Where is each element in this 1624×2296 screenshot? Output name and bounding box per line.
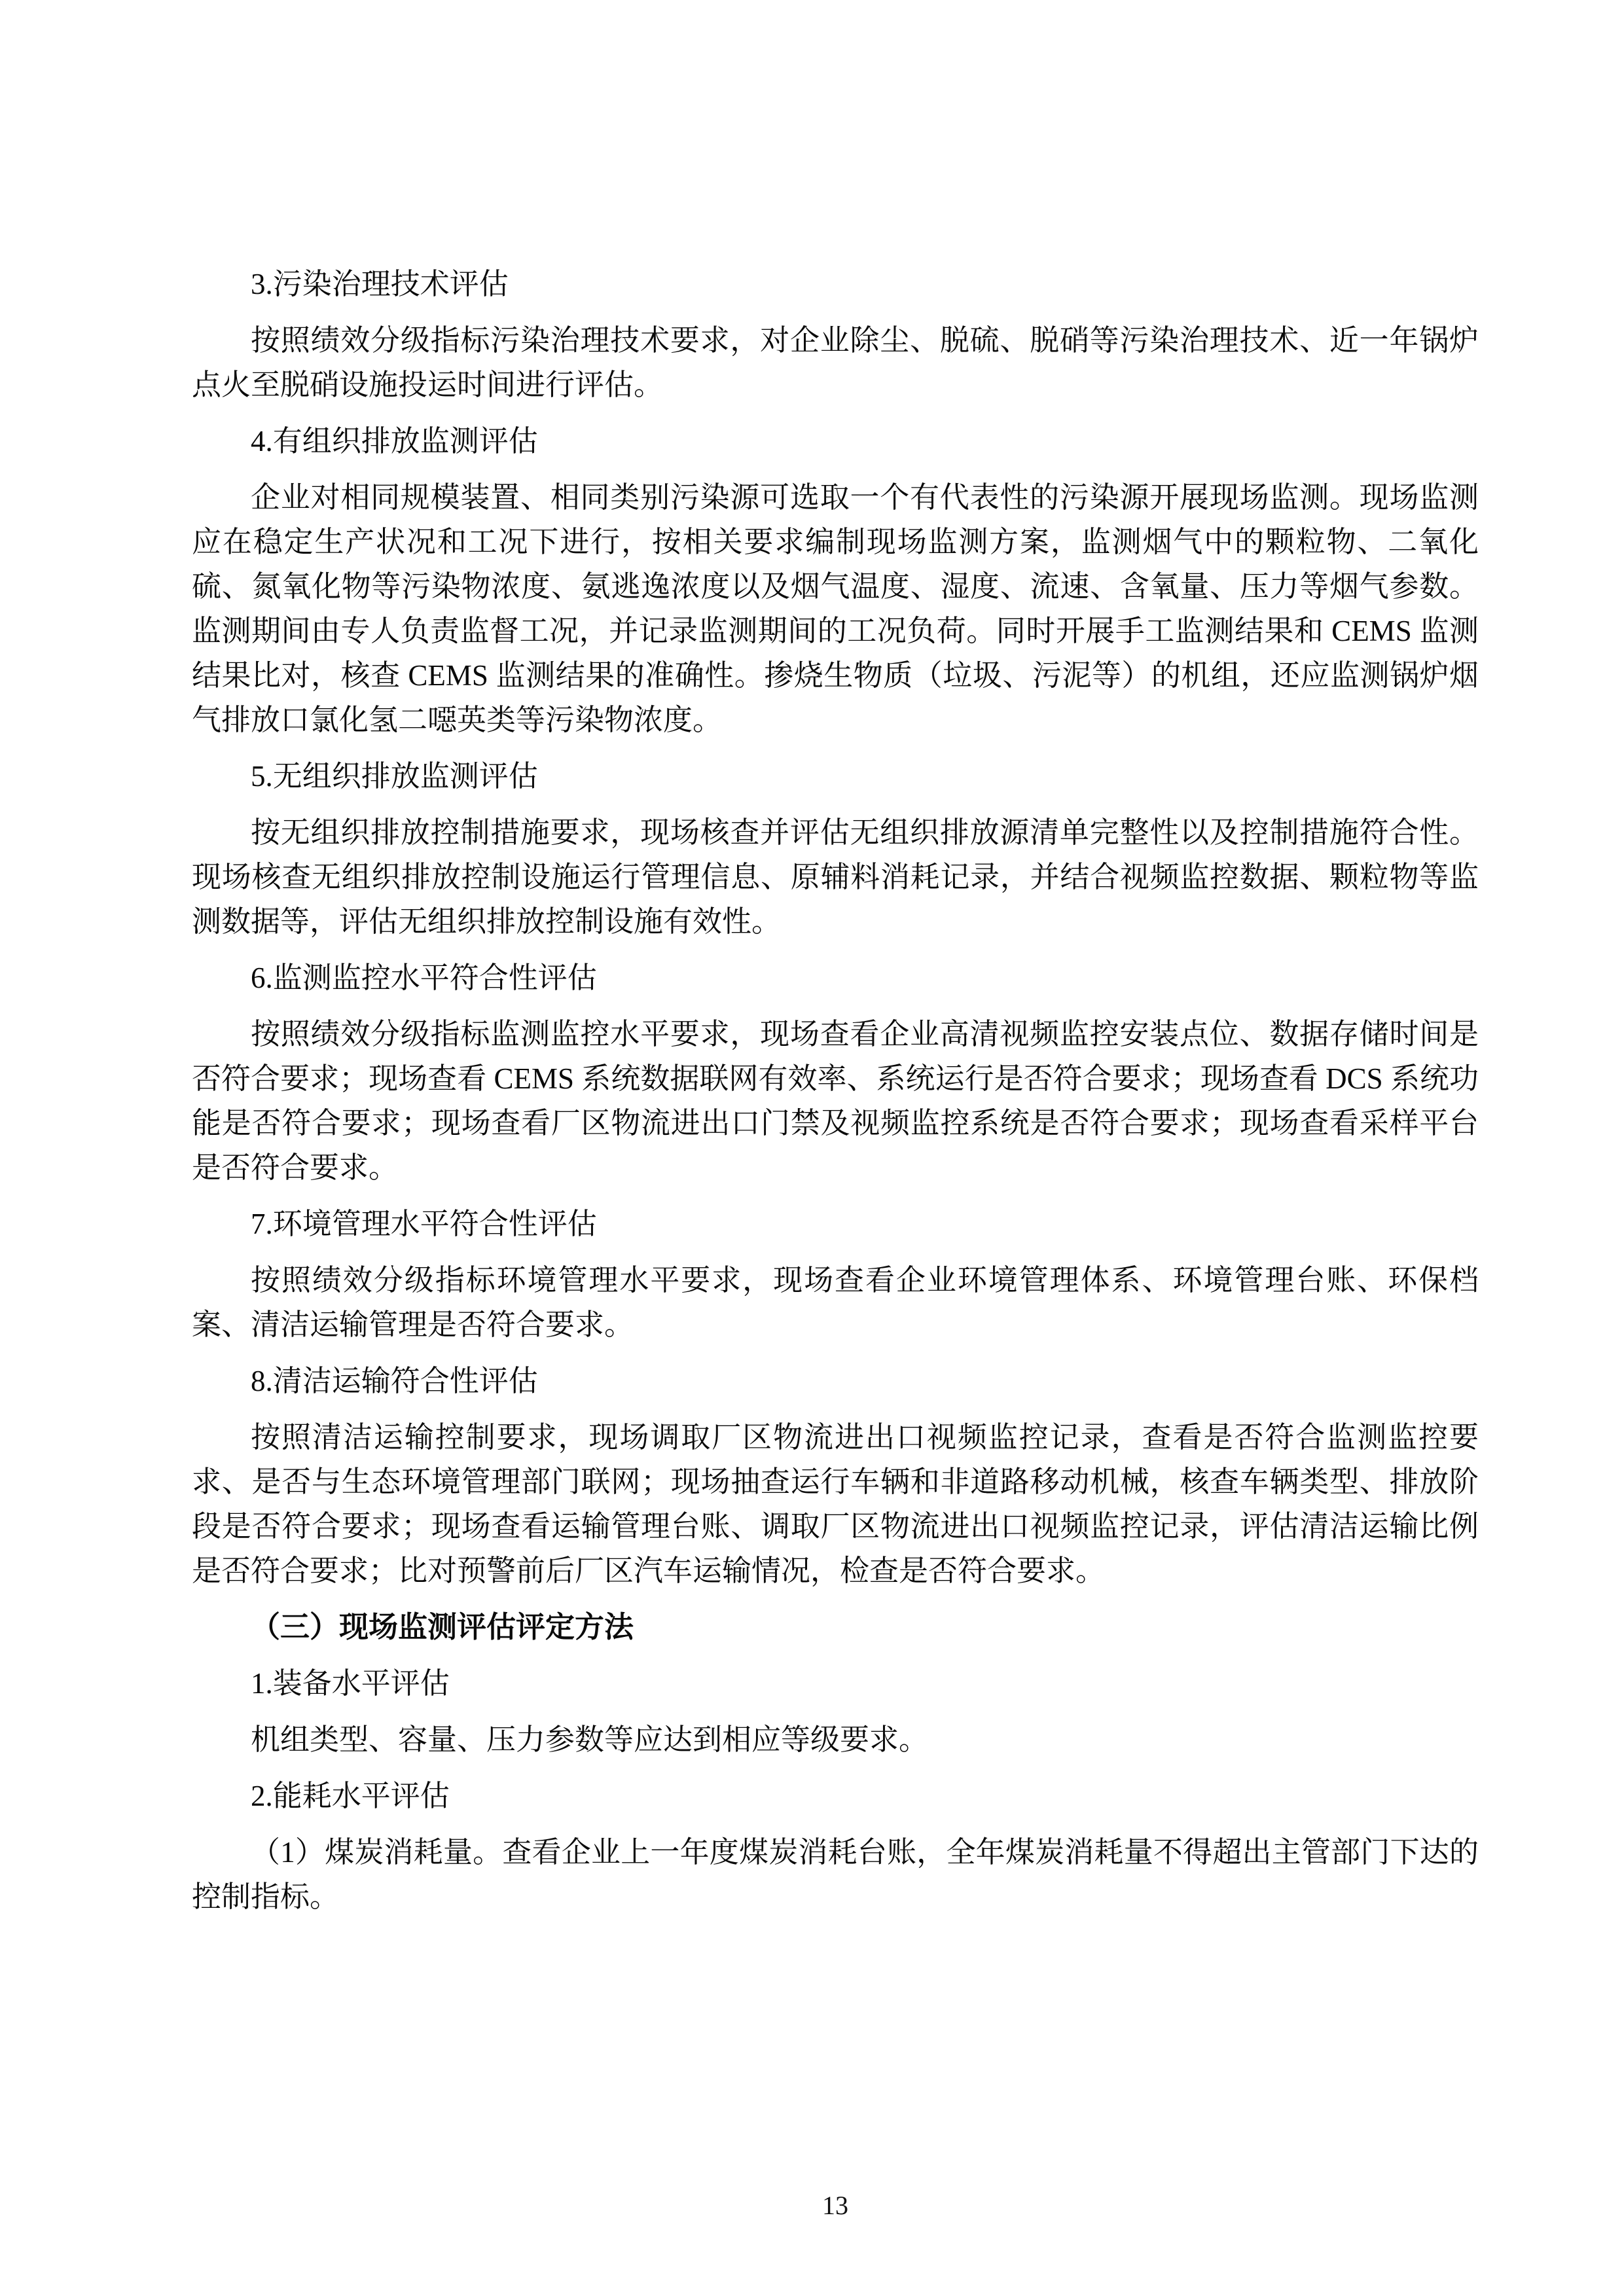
section-heading: 7.环境管理水平符合性评估	[192, 1202, 1479, 1246]
section-heading: 1.装备水平评估	[192, 1661, 1479, 1706]
document-body: 3.污染治理技术评估按照绩效分级指标污染治理技术要求，对企业除尘、脱硫、脱硝等污…	[192, 250, 1479, 1931]
page-number: 13	[822, 2191, 848, 2220]
paragraph: 企业对相同规模装置、相同类别污染源可选取一个有代表性的污染源开展现场监测。现场监…	[192, 475, 1479, 742]
paragraph: 按无组织排放控制措施要求，现场核查并评估无组织排放源清单完整性以及控制措施符合性…	[192, 810, 1479, 944]
paragraph: 按照清洁运输控制要求，现场调取厂区物流进出口视频监控记录，查看是否符合监测监控要…	[192, 1415, 1479, 1593]
paragraph: 按照绩效分级指标监测监控水平要求，现场查看企业高清视频监控安装点位、数据存储时间…	[192, 1012, 1479, 1190]
section-heading: 8.清洁运输符合性评估	[192, 1359, 1479, 1403]
paragraph: 按照绩效分级指标环境管理水平要求，现场查看企业环境管理体系、环境管理台账、环保档…	[192, 1258, 1479, 1347]
paragraph: 机组类型、容量、压力参数等应达到相应等级要求。	[192, 1717, 1479, 1762]
section-heading: 3.污染治理技术评估	[192, 262, 1479, 306]
document-page: 3.污染治理技术评估按照绩效分级指标污染治理技术要求，对企业除尘、脱硫、脱硝等污…	[0, 0, 1624, 2296]
page-footer: 13	[192, 2190, 1479, 2221]
section-heading: 2.能耗水平评估	[192, 1774, 1479, 1818]
paragraph: （1）煤炭消耗量。查看企业上一年度煤炭消耗台账，全年煤炭消耗量不得超出主管部门下…	[192, 1830, 1479, 1919]
section-heading: 4.有组织排放监测评估	[192, 419, 1479, 463]
paragraph: 按照绩效分级指标污染治理技术要求，对企业除尘、脱硫、脱硝等污染治理技术、近一年锅…	[192, 318, 1479, 407]
section-heading: 6.监测监控水平符合性评估	[192, 956, 1479, 1000]
section-heading: 5.无组织排放监测评估	[192, 754, 1479, 798]
subsection-title: （三）现场监测评估评定方法	[192, 1605, 1479, 1649]
